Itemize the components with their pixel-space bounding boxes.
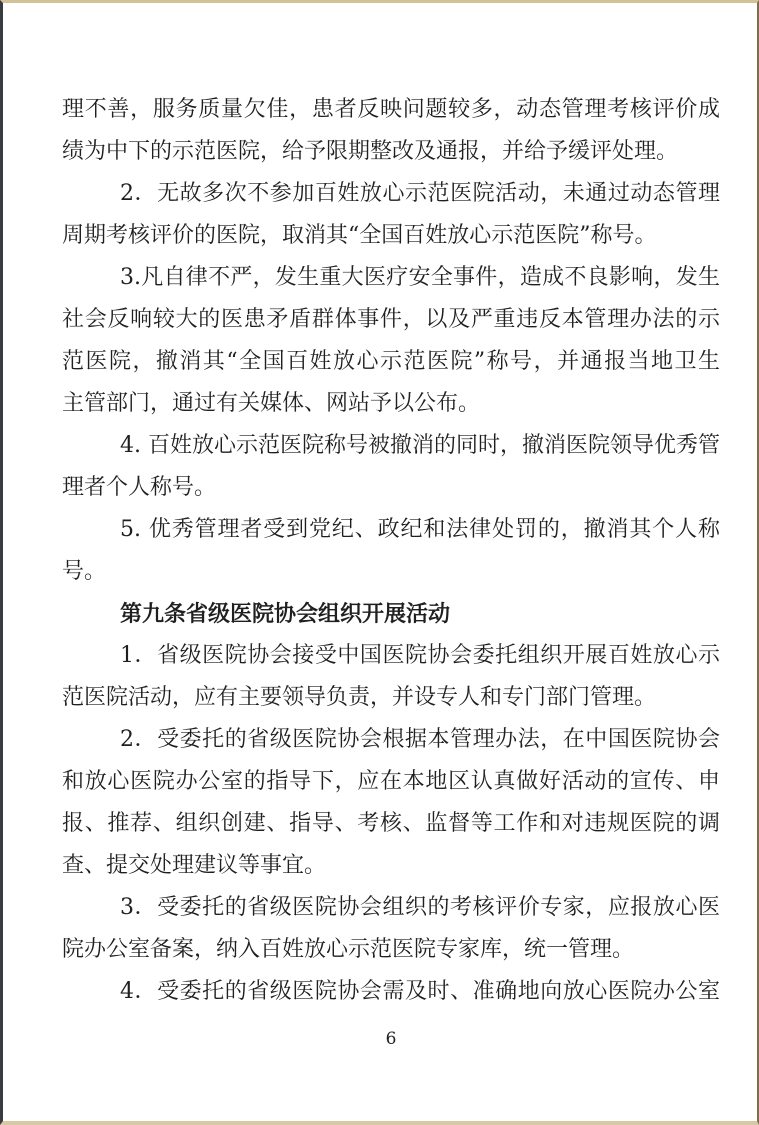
text-line: 3．受委托的省级医院协会组织的考核评价专家，应报放心医 xyxy=(62,887,720,929)
document-page: 理不善，服务质量欠佳，患者反映问题较多，动态管理考核评价成 绩为中下的示范医院，… xyxy=(0,0,759,1125)
text-line: 范医院活动，应有主要领导负责，并设专人和专门部门管理。 xyxy=(62,677,720,719)
text-line: 院办公室备案，纳入百姓放心示范医院专家库，统一管理。 xyxy=(62,929,720,971)
text-line: 理者个人称号。 xyxy=(62,467,720,509)
text-line: 号。 xyxy=(62,551,720,593)
text-line: 周期考核评价的医院，取消其“全国百姓放心示范医院”称号。 xyxy=(62,215,720,257)
text-line: 范医院，撤消其“全国百姓放心示范医院”称号，并通报当地卫生 xyxy=(62,341,720,383)
text-line: 2．无故多次不参加百姓放心示范医院活动，未通过动态管理 xyxy=(62,173,720,215)
text-line: 绩为中下的示范医院，给予限期整改及通报，并给予缓评处理。 xyxy=(62,131,720,173)
text-line: 4. 百姓放心示范医院称号被撤消的同时，撤消医院领导优秀管 xyxy=(62,425,720,467)
document-body: 理不善，服务质量欠佳，患者反映问题较多，动态管理考核评价成 绩为中下的示范医院，… xyxy=(62,89,720,1013)
text-line: 主管部门，通过有关媒体、网站予以公布。 xyxy=(62,383,720,425)
text-line: 社会反响较大的医患矛盾群体事件，以及严重违反本管理办法的示 xyxy=(62,299,720,341)
section-heading: 第九条省级医院协会组织开展活动 xyxy=(62,593,720,635)
text-line: 理不善，服务质量欠佳，患者反映问题较多，动态管理考核评价成 xyxy=(62,89,720,131)
text-line: 4．受委托的省级医院协会需及时、准确地向放心医院办公室 xyxy=(62,971,720,1013)
text-line: 查、提交处理建议等事宜。 xyxy=(62,845,720,887)
text-line: 2．受委托的省级医院协会根据本管理办法，在中国医院协会 xyxy=(62,719,720,761)
text-line: 3.凡自律不严，发生重大医疗安全事件，造成不良影响，发生 xyxy=(62,257,720,299)
text-line: 报、推荐、组织创建、指导、考核、监督等工作和对违规医院的调 xyxy=(62,803,720,845)
page-number: 6 xyxy=(62,1029,720,1049)
text-line: 5. 优秀管理者受到党纪、政纪和法律处罚的，撤消其个人称 xyxy=(62,509,720,551)
text-line: 1．省级医院协会接受中国医院协会委托组织开展百姓放心示 xyxy=(62,635,720,677)
text-line: 和放心医院办公室的指导下，应在本地区认真做好活动的宣传、申 xyxy=(62,761,720,803)
